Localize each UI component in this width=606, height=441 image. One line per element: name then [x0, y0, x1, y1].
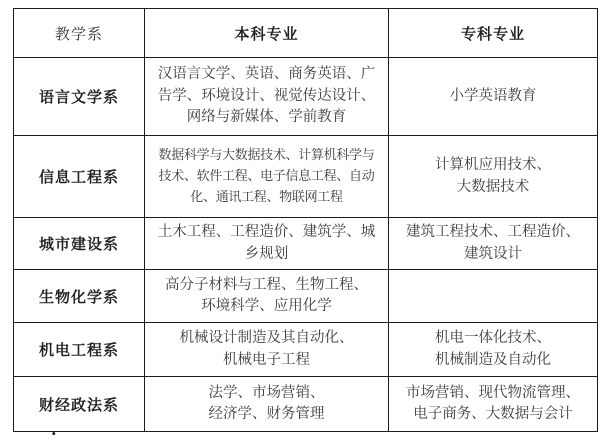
college-majors-cell — [389, 270, 598, 323]
table-row: 信息工程系 数据科学与大数据技术、计算机科学与 技术、软件工程、电子信息工程、自… — [14, 136, 598, 218]
department-majors-table: 教学系 本科专业 专科专业 语言文学系 汉语言文学、英语、商务英语、广 告学、环… — [13, 8, 598, 432]
table-row: 城市建设系 土木工程、工程造价、建筑学、城 乡规划 建筑工程技术、工程造价、 建… — [14, 218, 598, 270]
undergrad-majors-cell: 法学、市场营销、 经济学、财务管理 — [145, 377, 389, 432]
table-row: 生物化学系 高分子材料与工程、生物工程、 环境科学、应用化学 — [14, 270, 598, 323]
header-cell-department: 教学系 — [14, 9, 145, 58]
college-majors-cell: 建筑工程技术、工程造价、 建筑设计 — [389, 218, 598, 270]
dept-cell: 生物化学系 — [14, 270, 145, 323]
undergrad-majors-cell: 汉语言文学、英语、商务英语、广 告学、环境设计、视觉传达设计、 网络与新媒体、学… — [145, 58, 389, 136]
dept-cell: 机电工程系 — [14, 323, 145, 377]
college-majors-cell: 市场营销、现代物流管理、 电子商务、大数据与会计 — [389, 377, 598, 432]
dept-cell: 信息工程系 — [14, 136, 145, 218]
header-cell-undergraduate-majors: 本科专业 — [145, 9, 389, 58]
table-row: 语言文学系 汉语言文学、英语、商务英语、广 告学、环境设计、视觉传达设计、 网络… — [14, 58, 598, 136]
header-row: 教学系 本科专业 专科专业 — [14, 9, 598, 58]
college-majors-cell: 计算机应用技术、 大数据技术 — [389, 136, 598, 218]
undergrad-majors-cell: 数据科学与大数据技术、计算机科学与 技术、软件工程、电子信息工程、自动 化、通讯… — [145, 136, 389, 218]
table-row: 机电工程系 机械设计制造及其自动化、 机械电子工程 机电一体化技术、 机械制造及… — [14, 323, 598, 377]
dept-cell: 城市建设系 — [14, 218, 145, 270]
header-cell-college-majors: 专科专业 — [389, 9, 598, 58]
stray-dot-artifact: . — [51, 422, 57, 438]
college-majors-cell: 小学英语教育 — [389, 58, 598, 136]
table-row: 财经政法系 法学、市场营销、 经济学、财务管理 市场营销、现代物流管理、 电子商… — [14, 377, 598, 432]
dept-cell: 财经政法系 — [14, 377, 145, 432]
college-majors-cell: 机电一体化技术、 机械制造及自动化 — [389, 323, 598, 377]
undergrad-majors-cell: 土木工程、工程造价、建筑学、城 乡规划 — [145, 218, 389, 270]
undergrad-majors-cell: 高分子材料与工程、生物工程、 环境科学、应用化学 — [145, 270, 389, 323]
undergrad-majors-cell: 机械设计制造及其自动化、 机械电子工程 — [145, 323, 389, 377]
dept-cell: 语言文学系 — [14, 58, 145, 136]
